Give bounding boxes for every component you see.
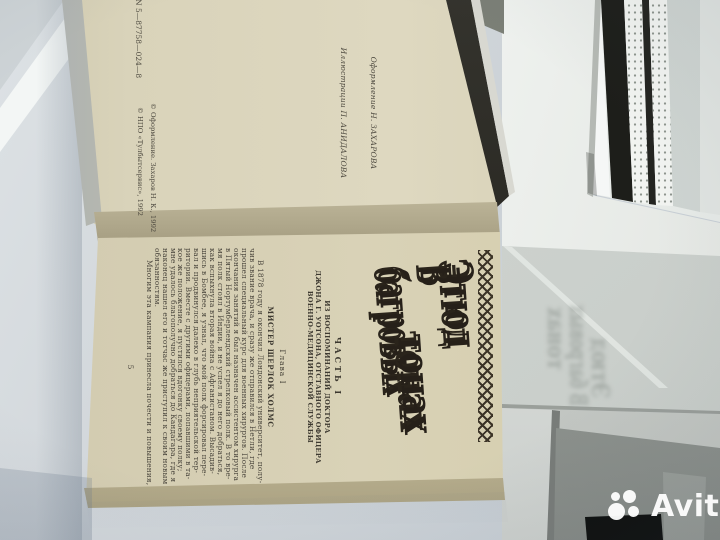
avito-logo-icon <box>608 490 644 524</box>
photo-vignette <box>0 0 720 540</box>
avito-watermark-text: Avito <box>651 492 720 522</box>
photo-open-book-on-windowsill: Этюд В багровых тонах Оформление Н. ЗАХА… <box>0 0 720 540</box>
avito-watermark: Avito <box>608 490 720 524</box>
